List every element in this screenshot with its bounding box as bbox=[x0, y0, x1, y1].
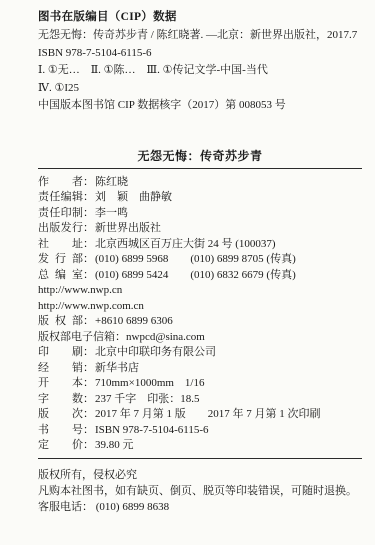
copyright-page: 图书在版编目（CIP）数据 无怨无悔：传奇苏步青 / 陈红晓著. —北京：新世界… bbox=[0, 0, 375, 545]
row-label: 经销 bbox=[38, 361, 83, 377]
row-value: 710mm×1000mm 1/16 bbox=[95, 377, 204, 389]
footer-line: 客服电话： (010) 6899 8638 bbox=[38, 499, 362, 515]
colophon-row: 定价：39.80 元 bbox=[38, 438, 362, 454]
footer-block: 版权所有，侵权必究凡购本社图书，如有缺页、倒页、脱页等印装错误，可随时退换。客服… bbox=[38, 467, 362, 516]
row-label: 作者 bbox=[38, 175, 83, 191]
book-title: 无怨无悔：传奇苏步青 bbox=[38, 149, 362, 163]
row-value: (010) 6899 5968 (010) 6899 8705 (传真) bbox=[95, 253, 296, 265]
colophon-row: 字数：237 千字 印张：18.5 bbox=[38, 392, 362, 408]
colophon-row: 书号：ISBN 978-7-5104-6115-6 bbox=[38, 423, 362, 439]
row-value: 新华书店 bbox=[95, 362, 139, 374]
colophon-row: 责任编辑：刘 颖 曲静敏 bbox=[38, 190, 362, 206]
cip-line: 中国版本图书馆 CIP 数据核字（2017）第 008053 号 bbox=[38, 97, 362, 115]
row-value: +8610 6899 6306 bbox=[95, 315, 173, 327]
row-label: 责任印制 bbox=[38, 206, 83, 222]
row-colon: ： bbox=[83, 424, 94, 436]
row-colon: ： bbox=[83, 222, 94, 234]
cip-header: 图书在版编目（CIP）数据 bbox=[38, 8, 362, 27]
colophon-row: 版权部：+8610 6899 6306 bbox=[38, 314, 362, 330]
row-label: 版次 bbox=[38, 407, 83, 423]
row-value: http://www.nwp.com.cn bbox=[38, 300, 144, 312]
colophon-block: 作者：陈红晓责任编辑：刘 颖 曲静敏责任印制：李一鸣出版发行：新世界出版社社址：… bbox=[38, 175, 362, 454]
row-value: 李一鸣 bbox=[95, 207, 128, 219]
row-value: ISBN 978-7-5104-6115-6 bbox=[95, 424, 209, 436]
row-label: 发行部 bbox=[38, 252, 83, 268]
row-value: 2017 年 7 月第 1 版 2017 年 7 月第 1 次印刷 bbox=[95, 408, 321, 420]
row-label: 责任编辑 bbox=[38, 190, 83, 206]
row-value: 39.80 元 bbox=[95, 439, 134, 451]
row-colon: ： bbox=[83, 176, 94, 188]
row-label: 版权部 bbox=[38, 314, 83, 330]
row-colon: ： bbox=[83, 408, 94, 420]
row-value: 237 千字 印张：18.5 bbox=[95, 393, 200, 405]
colophon-row-plain: http://www.nwp.com.cn bbox=[38, 299, 362, 315]
colophon-row: 作者：陈红晓 bbox=[38, 175, 362, 191]
cip-line: ISBN 978-7-5104-6115-6 bbox=[38, 45, 362, 63]
row-colon: ： bbox=[83, 362, 94, 374]
row-colon: ： bbox=[83, 393, 94, 405]
row-colon: ： bbox=[83, 346, 94, 358]
footer-line: 版权所有，侵权必究 bbox=[38, 467, 362, 483]
row-label: 书号 bbox=[38, 423, 83, 439]
row-colon: ： bbox=[83, 377, 94, 389]
cip-lines: 无怨无悔：传奇苏步青 / 陈红晓著. —北京：新世界出版社，2017.7ISBN… bbox=[38, 27, 362, 115]
row-value: 版权部电子信箱：nwpcd@sina.com bbox=[38, 331, 205, 343]
colophon-row: 印刷：北京中印联印务有限公司 bbox=[38, 345, 362, 361]
row-value: 陈红晓 bbox=[95, 176, 128, 188]
row-label: 出版发行 bbox=[38, 221, 83, 237]
colophon-row: 发行部：(010) 6899 5968 (010) 6899 8705 (传真) bbox=[38, 252, 362, 268]
row-value: 刘 颖 曲静敏 bbox=[95, 191, 172, 203]
row-value: 北京中印联印务有限公司 bbox=[95, 346, 216, 358]
cip-line: Ⅳ. ①I25 bbox=[38, 80, 362, 98]
cip-line: Ⅰ. ①无… Ⅱ. ①陈… Ⅲ. ①传记文学-中国-当代 bbox=[38, 62, 362, 80]
row-value: (010) 6899 5424 (010) 6832 6679 (传真) bbox=[95, 269, 296, 281]
colophon-row: 版次：2017 年 7 月第 1 版 2017 年 7 月第 1 次印刷 bbox=[38, 407, 362, 423]
row-label: 开本 bbox=[38, 376, 83, 392]
colophon-row: 责任印制：李一鸣 bbox=[38, 206, 362, 222]
colophon-row-plain: http://www.nwp.cn bbox=[38, 283, 362, 299]
row-colon: ： bbox=[83, 253, 94, 265]
cip-line: 无怨无悔：传奇苏步青 / 陈红晓著. —北京：新世界出版社，2017.7 bbox=[38, 27, 362, 45]
row-value: http://www.nwp.cn bbox=[38, 284, 122, 296]
row-label: 社址 bbox=[38, 237, 83, 253]
row-label: 总编室 bbox=[38, 268, 83, 284]
colophon-row: 开本：710mm×1000mm 1/16 bbox=[38, 376, 362, 392]
colophon-row: 社址：北京西城区百万庄大街 24 号 (100037) bbox=[38, 237, 362, 253]
colophon-row: 出版发行：新世界出版社 bbox=[38, 221, 362, 237]
row-colon: ： bbox=[83, 315, 94, 327]
cip-block: 图书在版编目（CIP）数据 无怨无悔：传奇苏步青 / 陈红晓著. —北京：新世界… bbox=[38, 8, 362, 115]
row-colon: ： bbox=[83, 191, 94, 203]
row-value: 新世界出版社 bbox=[95, 222, 161, 234]
row-value: 北京西城区百万庄大街 24 号 (100037) bbox=[95, 238, 276, 250]
row-label: 字数 bbox=[38, 392, 83, 408]
row-label: 印刷 bbox=[38, 345, 83, 361]
divider-bottom bbox=[38, 458, 362, 459]
divider-top bbox=[38, 168, 362, 169]
colophon-row: 经销：新华书店 bbox=[38, 361, 362, 377]
row-colon: ： bbox=[83, 238, 94, 250]
row-colon: ： bbox=[83, 207, 94, 219]
colophon-row-plain: 版权部电子信箱：nwpcd@sina.com bbox=[38, 330, 362, 346]
row-label: 定价 bbox=[38, 438, 83, 454]
colophon-row: 总编室：(010) 6899 5424 (010) 6832 6679 (传真) bbox=[38, 268, 362, 284]
row-colon: ： bbox=[83, 269, 94, 281]
row-colon: ： bbox=[83, 439, 94, 451]
footer-line: 凡购本社图书，如有缺页、倒页、脱页等印装错误，可随时退换。 bbox=[38, 483, 362, 499]
